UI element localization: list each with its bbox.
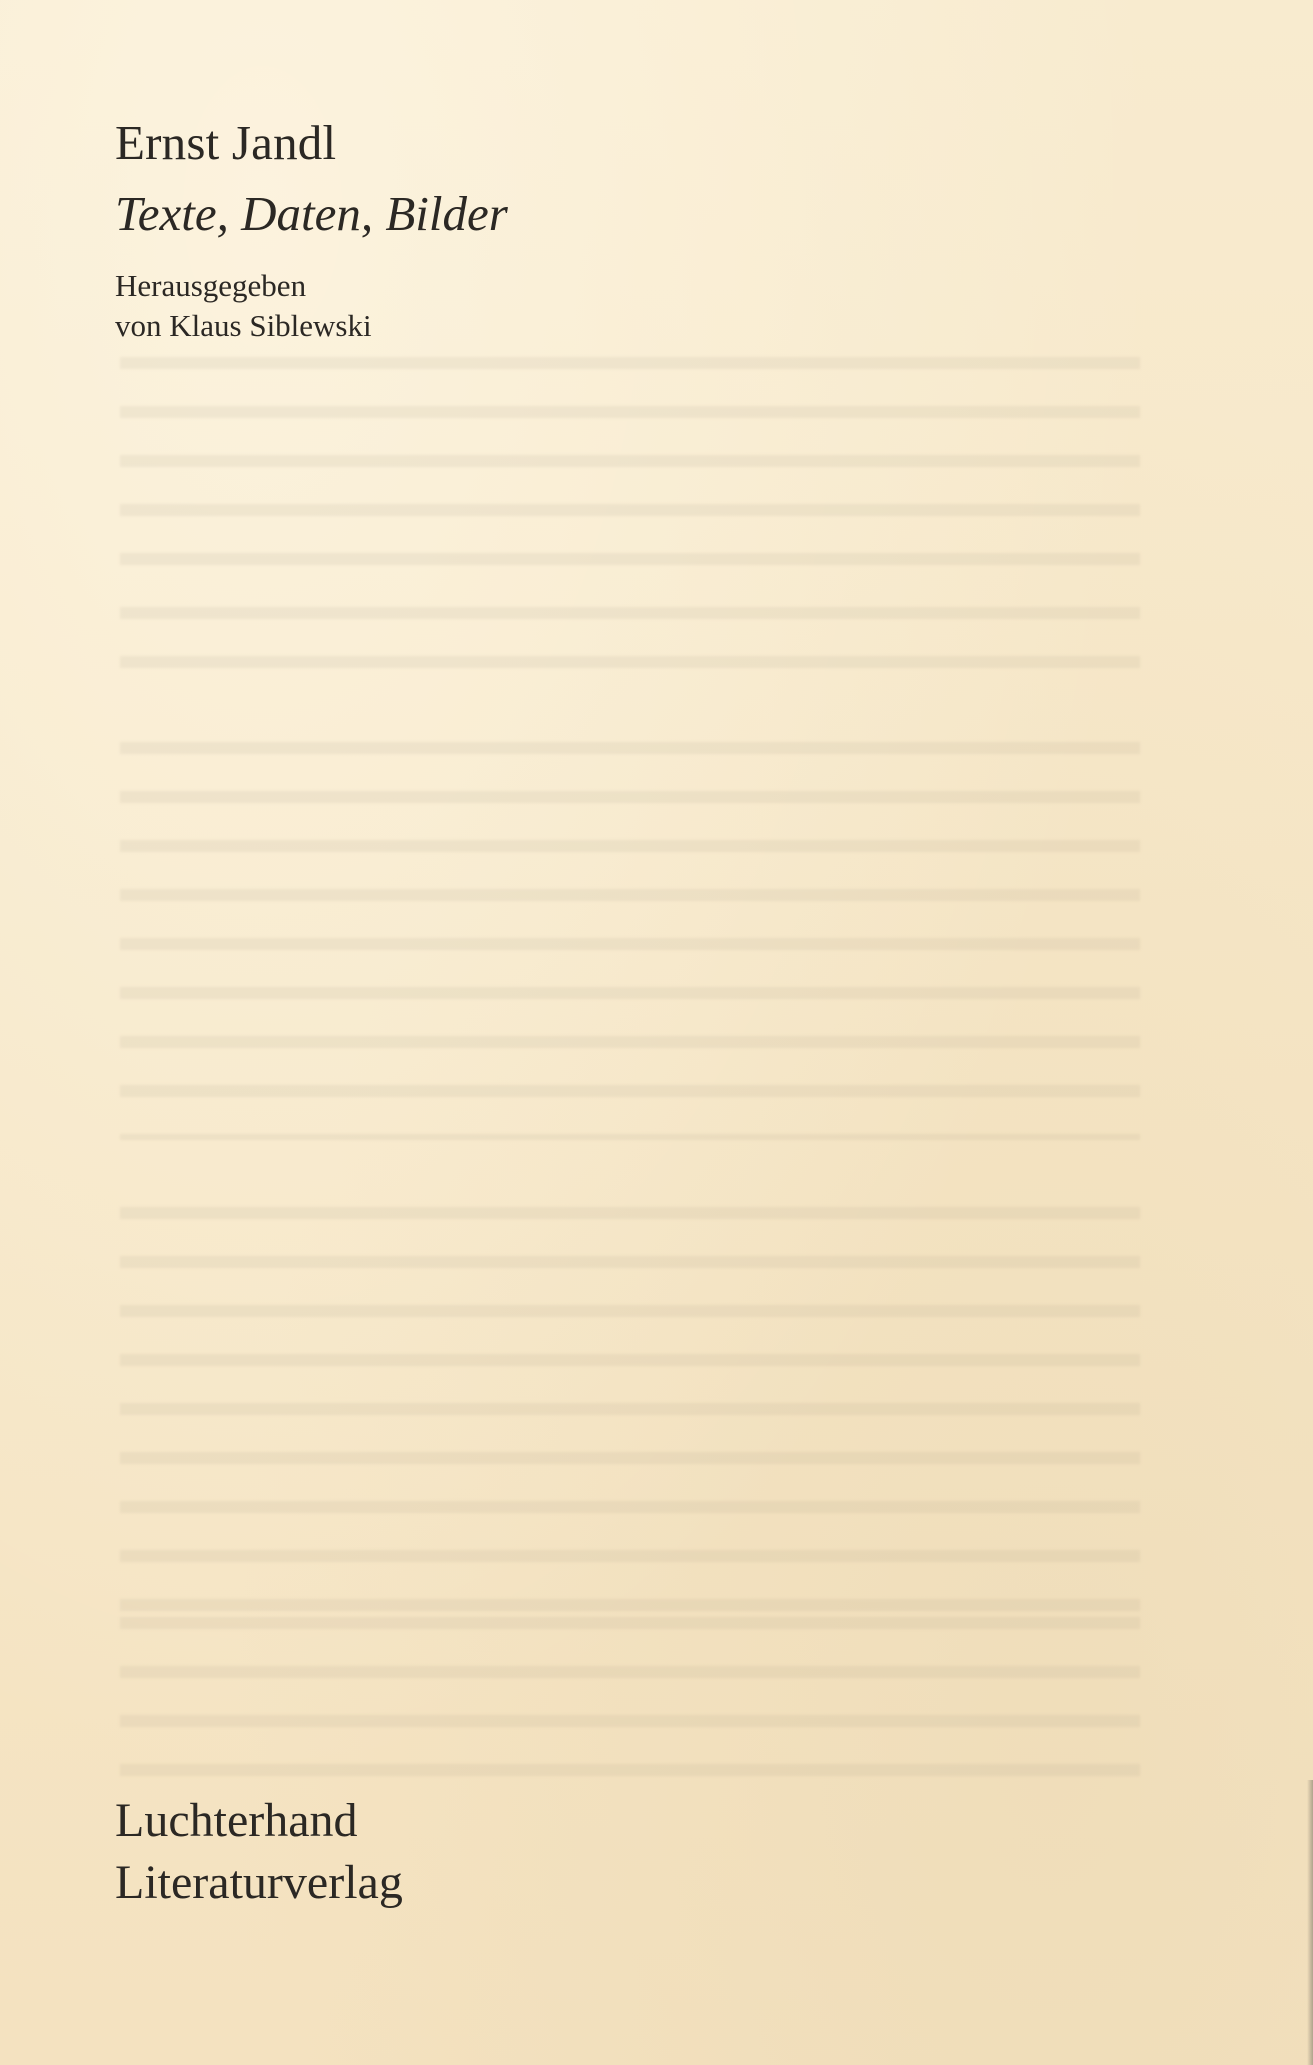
- author-name: Ernst Jandl: [115, 118, 508, 167]
- page-edge-shadow: [1307, 1780, 1313, 2065]
- reverse-side-show-through: [120, 720, 1140, 1140]
- editor-credit-line: von Klaus Siblewski: [115, 306, 508, 346]
- reverse-side-copyright-show-through: [120, 1595, 1140, 1795]
- reverse-side-show-through: [120, 1185, 1140, 1645]
- book-title: Texte, Daten, Bilder: [115, 189, 508, 238]
- title-block: Ernst Jandl Texte, Daten, Bilder Herausg…: [115, 118, 508, 346]
- editor-credit: Herausgegeben von Klaus Siblewski: [115, 266, 508, 346]
- publisher-imprint: Luchterhand Literaturverlag: [115, 1790, 403, 1914]
- publisher-name-line: Luchterhand: [115, 1790, 403, 1852]
- reverse-side-show-through: [120, 585, 1140, 675]
- book-title-page: Ernst Jandl Texte, Daten, Bilder Herausg…: [0, 0, 1313, 2065]
- reverse-side-show-through: [120, 335, 1140, 565]
- editor-credit-line: Herausgegeben: [115, 266, 508, 306]
- publisher-name-line: Literaturverlag: [115, 1852, 403, 1914]
